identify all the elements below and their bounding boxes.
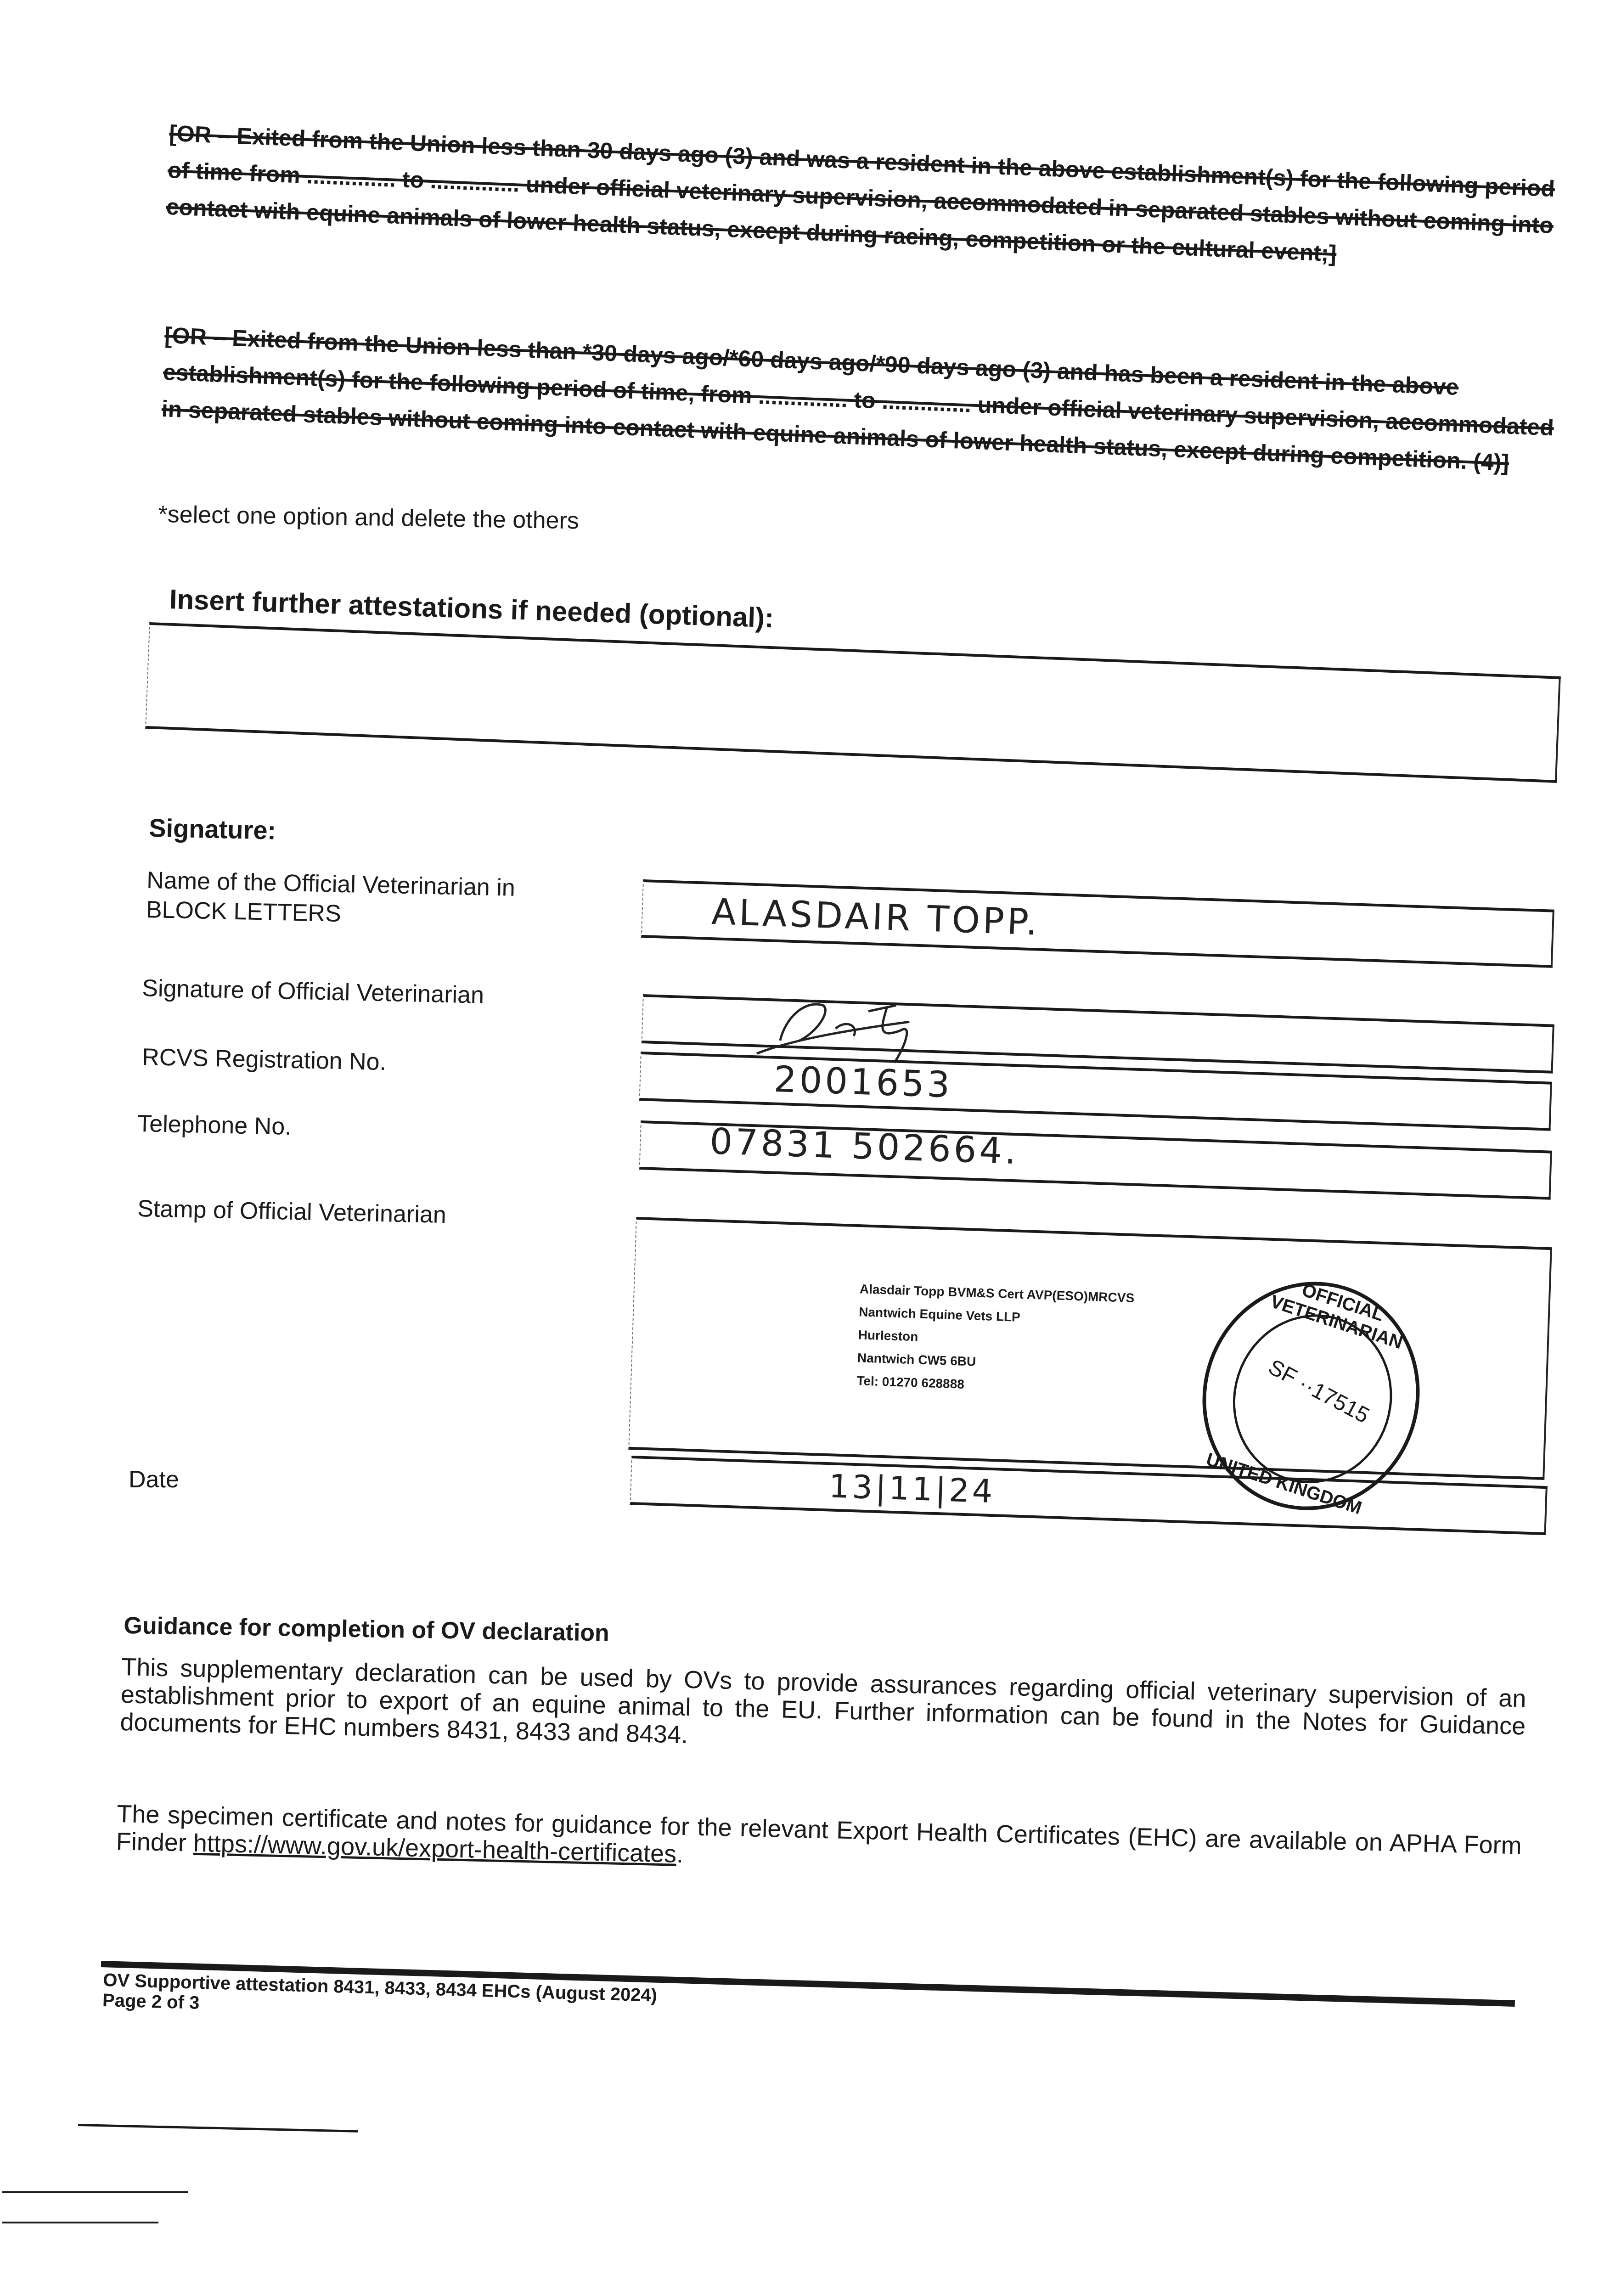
label-rcvs: RCVS Registration No. [142,1042,387,1077]
label-stamp: Stamp of Official Veterinarian [137,1194,447,1230]
label-telephone: Telephone No. [137,1109,292,1142]
label-date: Date [129,1465,179,1494]
value-rcvs: 2001653 [773,1059,953,1106]
guidance-paragraph-1: This supplementary declaration can be us… [120,1653,1526,1767]
value-telephone: 07831 502664. [709,1121,1019,1172]
struck-option-1: [OR – Exited from the Union less than 30… [165,115,1574,281]
label-ov-signature: Signature of Official Veterinarian [142,974,484,1010]
guidance-title: Guidance for completion of OV declaratio… [124,1612,609,1647]
value-ov-name: ALASDAIR TOPP. [711,891,1041,944]
field-telephone[interactable]: 07831 502664. [639,1120,1552,1200]
field-ov-name[interactable]: ALASDAIR TOPP. [641,879,1554,968]
stamp-address-block: Alasdair Topp BVM&S Cert AVP(ESO)MRCVS N… [856,1277,1135,1401]
value-date: 13|11|24 [828,1467,996,1510]
further-attestations-box[interactable] [145,622,1561,783]
scan-artifact-line [2,2191,188,2193]
scan-artifact-line [2,2222,158,2223]
scan-artifact-line [78,2124,358,2133]
struck-option-2: [OR – Exited from the Union less than *3… [161,317,1569,484]
scanned-page: [OR – Exited from the Union less than 30… [0,0,1610,2296]
signature-heading: Signature: [149,813,276,845]
select-note: *select one option and delete the others [158,501,579,535]
guidance-paragraph-2: The specimen certificate and notes for g… [116,1800,1522,1887]
label-ov-name: Name of the Official Veterinarian in BLO… [146,866,587,934]
